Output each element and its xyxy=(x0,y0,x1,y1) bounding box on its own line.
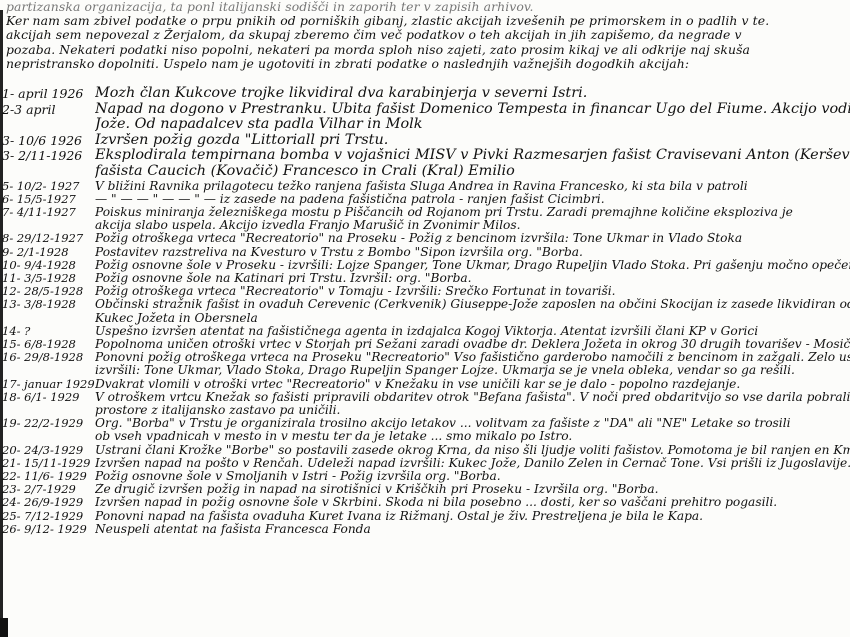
event-entry: 9- 2/1-1928 Postavitev razstreliva na Kv… xyxy=(2,246,847,259)
event-line: Postavitev razstreliva na Kvesturo v Trs… xyxy=(95,246,847,259)
event-line: ob vseh vpadnicah v mesto in v mestu ter… xyxy=(95,430,847,443)
event-entry: 24- 26/9-1929 Izvršen napad in požig osn… xyxy=(2,496,847,509)
event-line: akcija slabo uspela. Akcijo izvedla Fran… xyxy=(95,219,847,232)
event-line: fašista Caucich (Kovačič) Francesco in C… xyxy=(95,164,850,180)
event-entry: 8- 29/12-1927 Požig otroškega vrteca "Re… xyxy=(2,232,847,245)
event-entry: 21- 15/11-1929 Izvršen napad na pošto v … xyxy=(2,457,847,470)
event-line: Požig osnovne šole v Proseku - izvršili:… xyxy=(95,259,850,272)
event-entry: 14- ? Uspešno izvršen atentat na fašisti… xyxy=(2,325,847,338)
event-description: Ustrani člani Krožke "Borbe" so postavil… xyxy=(95,444,850,457)
event-date: 19- 22/2-1929 xyxy=(2,417,95,430)
event-date: 18- 6/1- 1929 xyxy=(2,391,95,404)
event-description: Org. "Borba" v Trstu je organizirala tro… xyxy=(95,417,847,443)
event-date: 1- april 1926 xyxy=(2,86,95,102)
intro-line: Ker nam sam zbivel podatke o prpu pnikih… xyxy=(6,14,846,28)
event-entry: 3- 10/6 1926 Izvršen požig gozda "Littor… xyxy=(2,133,847,149)
event-line: Požig osnovne šole na Katinari pri Trstu… xyxy=(95,272,847,285)
event-line: Eksplodirala tempirnana bomba v vojašnic… xyxy=(95,148,850,164)
event-line: Jože. Od napadalcev sta padla Vilhar in … xyxy=(95,117,850,133)
event-list: 1- april 1926 Mozh član Kukcove trojke l… xyxy=(2,86,847,536)
event-entry: 25- 7/12-1929 Ponovni napad na fašista o… xyxy=(2,510,847,523)
event-line: Napad na dogono v Prestranku. Ubita faši… xyxy=(95,102,850,118)
event-entry: 15- 6/8-1928 Popolnoma uničen otroški vr… xyxy=(2,338,847,351)
event-date: 6- 15/5-1927 xyxy=(2,193,95,206)
event-entry: 1- april 1926 Mozh član Kukcove trojke l… xyxy=(2,86,847,102)
event-date: 13- 3/8-1928 xyxy=(2,298,95,311)
event-date: 20- 24/3-1929 xyxy=(2,444,95,457)
event-entry: 23- 2/7-1929 Že drugič izvršen požig in … xyxy=(2,483,847,496)
event-description: Že drugič izvršen požig in napad na siro… xyxy=(95,483,847,496)
event-entry: 26- 9/12- 1929 Neuspeli atentat na fašis… xyxy=(2,523,847,536)
event-line: Poiskus miniranja železniškega mostu p P… xyxy=(95,206,847,219)
event-date: 2-3 april xyxy=(2,102,95,118)
event-entry: 17- januar 1929 Dvakrat vlomili v otrošk… xyxy=(2,378,847,391)
event-line: Izvršen napad na pošto v Renčah. Udeleži… xyxy=(95,457,850,470)
event-date: 8- 29/12-1927 xyxy=(2,232,95,245)
event-date: 7- 4/11-1927 xyxy=(2,206,95,219)
event-description: Požig otroškega vrteca "Recreatorio" v T… xyxy=(95,285,847,298)
event-description: Požig osnovne šole v Smoljanih v Istri -… xyxy=(95,470,847,483)
intro-line: partizanska organizacija, ta ponl italij… xyxy=(6,0,846,14)
event-line: V bližini Ravnika prilagotecu težko ranj… xyxy=(95,180,847,193)
event-line: Ponovni požig otroškega vrteca na Prosek… xyxy=(95,351,850,364)
event-entry: 10- 9/4-1928 Požig osnovne šole v Prosek… xyxy=(2,259,847,272)
event-line: V otroškem vrtcu Knežak so fašisti pripr… xyxy=(95,391,850,404)
event-description: Požig otroškega vrteca "Recreatorio" na … xyxy=(95,232,847,245)
event-date: 3- 10/6 1926 xyxy=(2,133,95,149)
event-line: Požig osnovne šole v Smoljanih v Istri -… xyxy=(95,470,847,483)
event-line: Mozh član Kukcove trojke likvidiral dva … xyxy=(95,86,847,102)
event-description: Neuspeli atentat na fašista Francesca Fo… xyxy=(95,523,847,536)
event-description: Ponovni požig otroškega vrteca na Prosek… xyxy=(95,351,850,377)
event-entry: 6- 15/5-1927 — " — — " — — " — iz zasede… xyxy=(2,193,847,206)
event-description: Izvršen požig gozda "Littoriall pri Trst… xyxy=(95,133,847,149)
event-entry: 18- 6/1- 1929 V otroškem vrtcu Knežak so… xyxy=(2,391,847,417)
event-description: Postavitev razstreliva na Kvesturo v Trs… xyxy=(95,246,847,259)
event-entry: 19- 22/2-1929 Org. "Borba" v Trstu je or… xyxy=(2,417,847,443)
event-date: 24- 26/9-1929 xyxy=(2,496,95,509)
event-entry: 13- 3/8-1928 Občinski stražnik fašist in… xyxy=(2,298,847,324)
event-description: Eksplodirala tempirnana bomba v vojašnic… xyxy=(95,148,850,179)
event-entry: 16- 29/8-1928 Ponovni požig otroškega vr… xyxy=(2,351,847,377)
event-entry: 5- 10/2- 1927 V bližini Ravnika prilagot… xyxy=(2,180,847,193)
event-line: Ponovni napad na fašista ovaduha Kuret I… xyxy=(95,510,847,523)
event-entry: 12- 28/5-1928 Požig otroškega vrteca "Re… xyxy=(2,285,847,298)
event-description: Dvakrat vlomili v otroški vrtec "Recreat… xyxy=(95,378,847,391)
event-description: Mozh član Kukcove trojke likvidiral dva … xyxy=(95,86,847,102)
event-description: Izvršen napad na pošto v Renčah. Udeleži… xyxy=(95,457,850,470)
event-entry: 22- 11/6- 1929 Požig osnovne šole v Smol… xyxy=(2,470,847,483)
event-description: Izvršen napad in požig osnovne šole v Šk… xyxy=(95,496,847,509)
event-description: Napad na dogono v Prestranku. Ubita faši… xyxy=(95,102,850,133)
event-description: Poiskus miniranja železniškega mostu p P… xyxy=(95,206,847,232)
event-line: Neuspeli atentat na fašista Francesca Fo… xyxy=(95,523,847,536)
event-date: 5- 10/2- 1927 xyxy=(2,180,95,193)
event-description: Uspešno izvršen atentat na fašističnega … xyxy=(95,325,847,338)
event-line: Požig otroškega vrteca "Recreatorio" v T… xyxy=(95,285,847,298)
event-description: Občinski stražnik fašist in ovaduh Cerev… xyxy=(95,298,850,324)
event-entry: 7- 4/11-1927 Poiskus miniranja železnišk… xyxy=(2,206,847,232)
event-line: izvršili: Tone Ukmar, Vlado Štoka, Drago… xyxy=(95,364,850,377)
event-line: Popolnoma uničen otroški vrtec v Štorjah… xyxy=(95,338,850,351)
event-description: Požig osnovne šole v Proseku - izvršili:… xyxy=(95,259,850,272)
event-description: Popolnoma uničen otroški vrtec v Štorjah… xyxy=(95,338,850,351)
event-line: Občinski stražnik fašist in ovaduh Cerev… xyxy=(95,298,850,311)
intro-line: nepristransko dopolniti. Uspelo nam je u… xyxy=(6,57,846,71)
intro-line: pozaba. Nekateri podatki niso popolni, n… xyxy=(6,43,846,57)
intro-line: akcijah sem nepovezal z Žerjalom, da sku… xyxy=(6,28,846,42)
event-line: Org. "Borba" v Trstu je organizirala tro… xyxy=(95,417,847,430)
event-description: — " — — " — — " — iz zasede na padena fa… xyxy=(95,193,847,206)
event-line: — " — — " — — " — iz zasede na padena fa… xyxy=(95,193,847,206)
document-intro: partizanska organizacija, ta ponl italij… xyxy=(6,0,846,71)
event-line: Izvršen požig gozda "Littoriall pri Trst… xyxy=(95,133,847,149)
event-date: 25- 7/12-1929 xyxy=(2,510,95,523)
event-description: Požig osnovne šole na Katinari pri Trstu… xyxy=(95,272,847,285)
event-description: V bližini Ravnika prilagotecu težko ranj… xyxy=(95,180,847,193)
event-entry: 3- 2/11-1926 Eksplodirala tempirnana bom… xyxy=(2,148,847,179)
event-line: Ustrani člani Krožke "Borbe" so postavil… xyxy=(95,444,850,457)
event-line: Izvršen napad in požig osnovne šole v Šk… xyxy=(95,496,847,509)
event-date: 26- 9/12- 1929 xyxy=(2,523,95,536)
event-date: 16- 29/8-1928 xyxy=(2,351,95,364)
scanned-document-page: partizanska organizacija, ta ponl italij… xyxy=(0,0,850,637)
event-description: V otroškem vrtcu Knežak so fašisti pripr… xyxy=(95,391,850,417)
event-date: 9- 2/1-1928 xyxy=(2,246,95,259)
event-entry: 2-3 april Napad na dogono v Prestranku. … xyxy=(2,102,847,133)
event-entry: 20- 24/3-1929 Ustrani člani Krožke "Borb… xyxy=(2,444,847,457)
event-line: prostore z italijansko zastavo pa uničil… xyxy=(95,404,850,417)
event-line: Uspešno izvršen atentat na fašističnega … xyxy=(95,325,847,338)
event-date: 17- januar 1929 xyxy=(2,378,95,391)
event-date: 3- 2/11-1926 xyxy=(2,148,95,164)
scan-corner-mark xyxy=(0,618,8,637)
event-line: Požig otroškega vrteca "Recreatorio" na … xyxy=(95,232,847,245)
event-line: Kukec Jožeta in Obersnela xyxy=(95,312,850,325)
event-entry: 11- 3/5-1928 Požig osnovne šole na Katin… xyxy=(2,272,847,285)
event-line: Dvakrat vlomili v otroški vrtec "Recreat… xyxy=(95,378,847,391)
event-date: 10- 9/4-1928 xyxy=(2,259,95,272)
event-description: Ponovni napad na fašista ovaduha Kuret I… xyxy=(95,510,847,523)
event-line: Že drugič izvršen požig in napad na siro… xyxy=(95,483,847,496)
